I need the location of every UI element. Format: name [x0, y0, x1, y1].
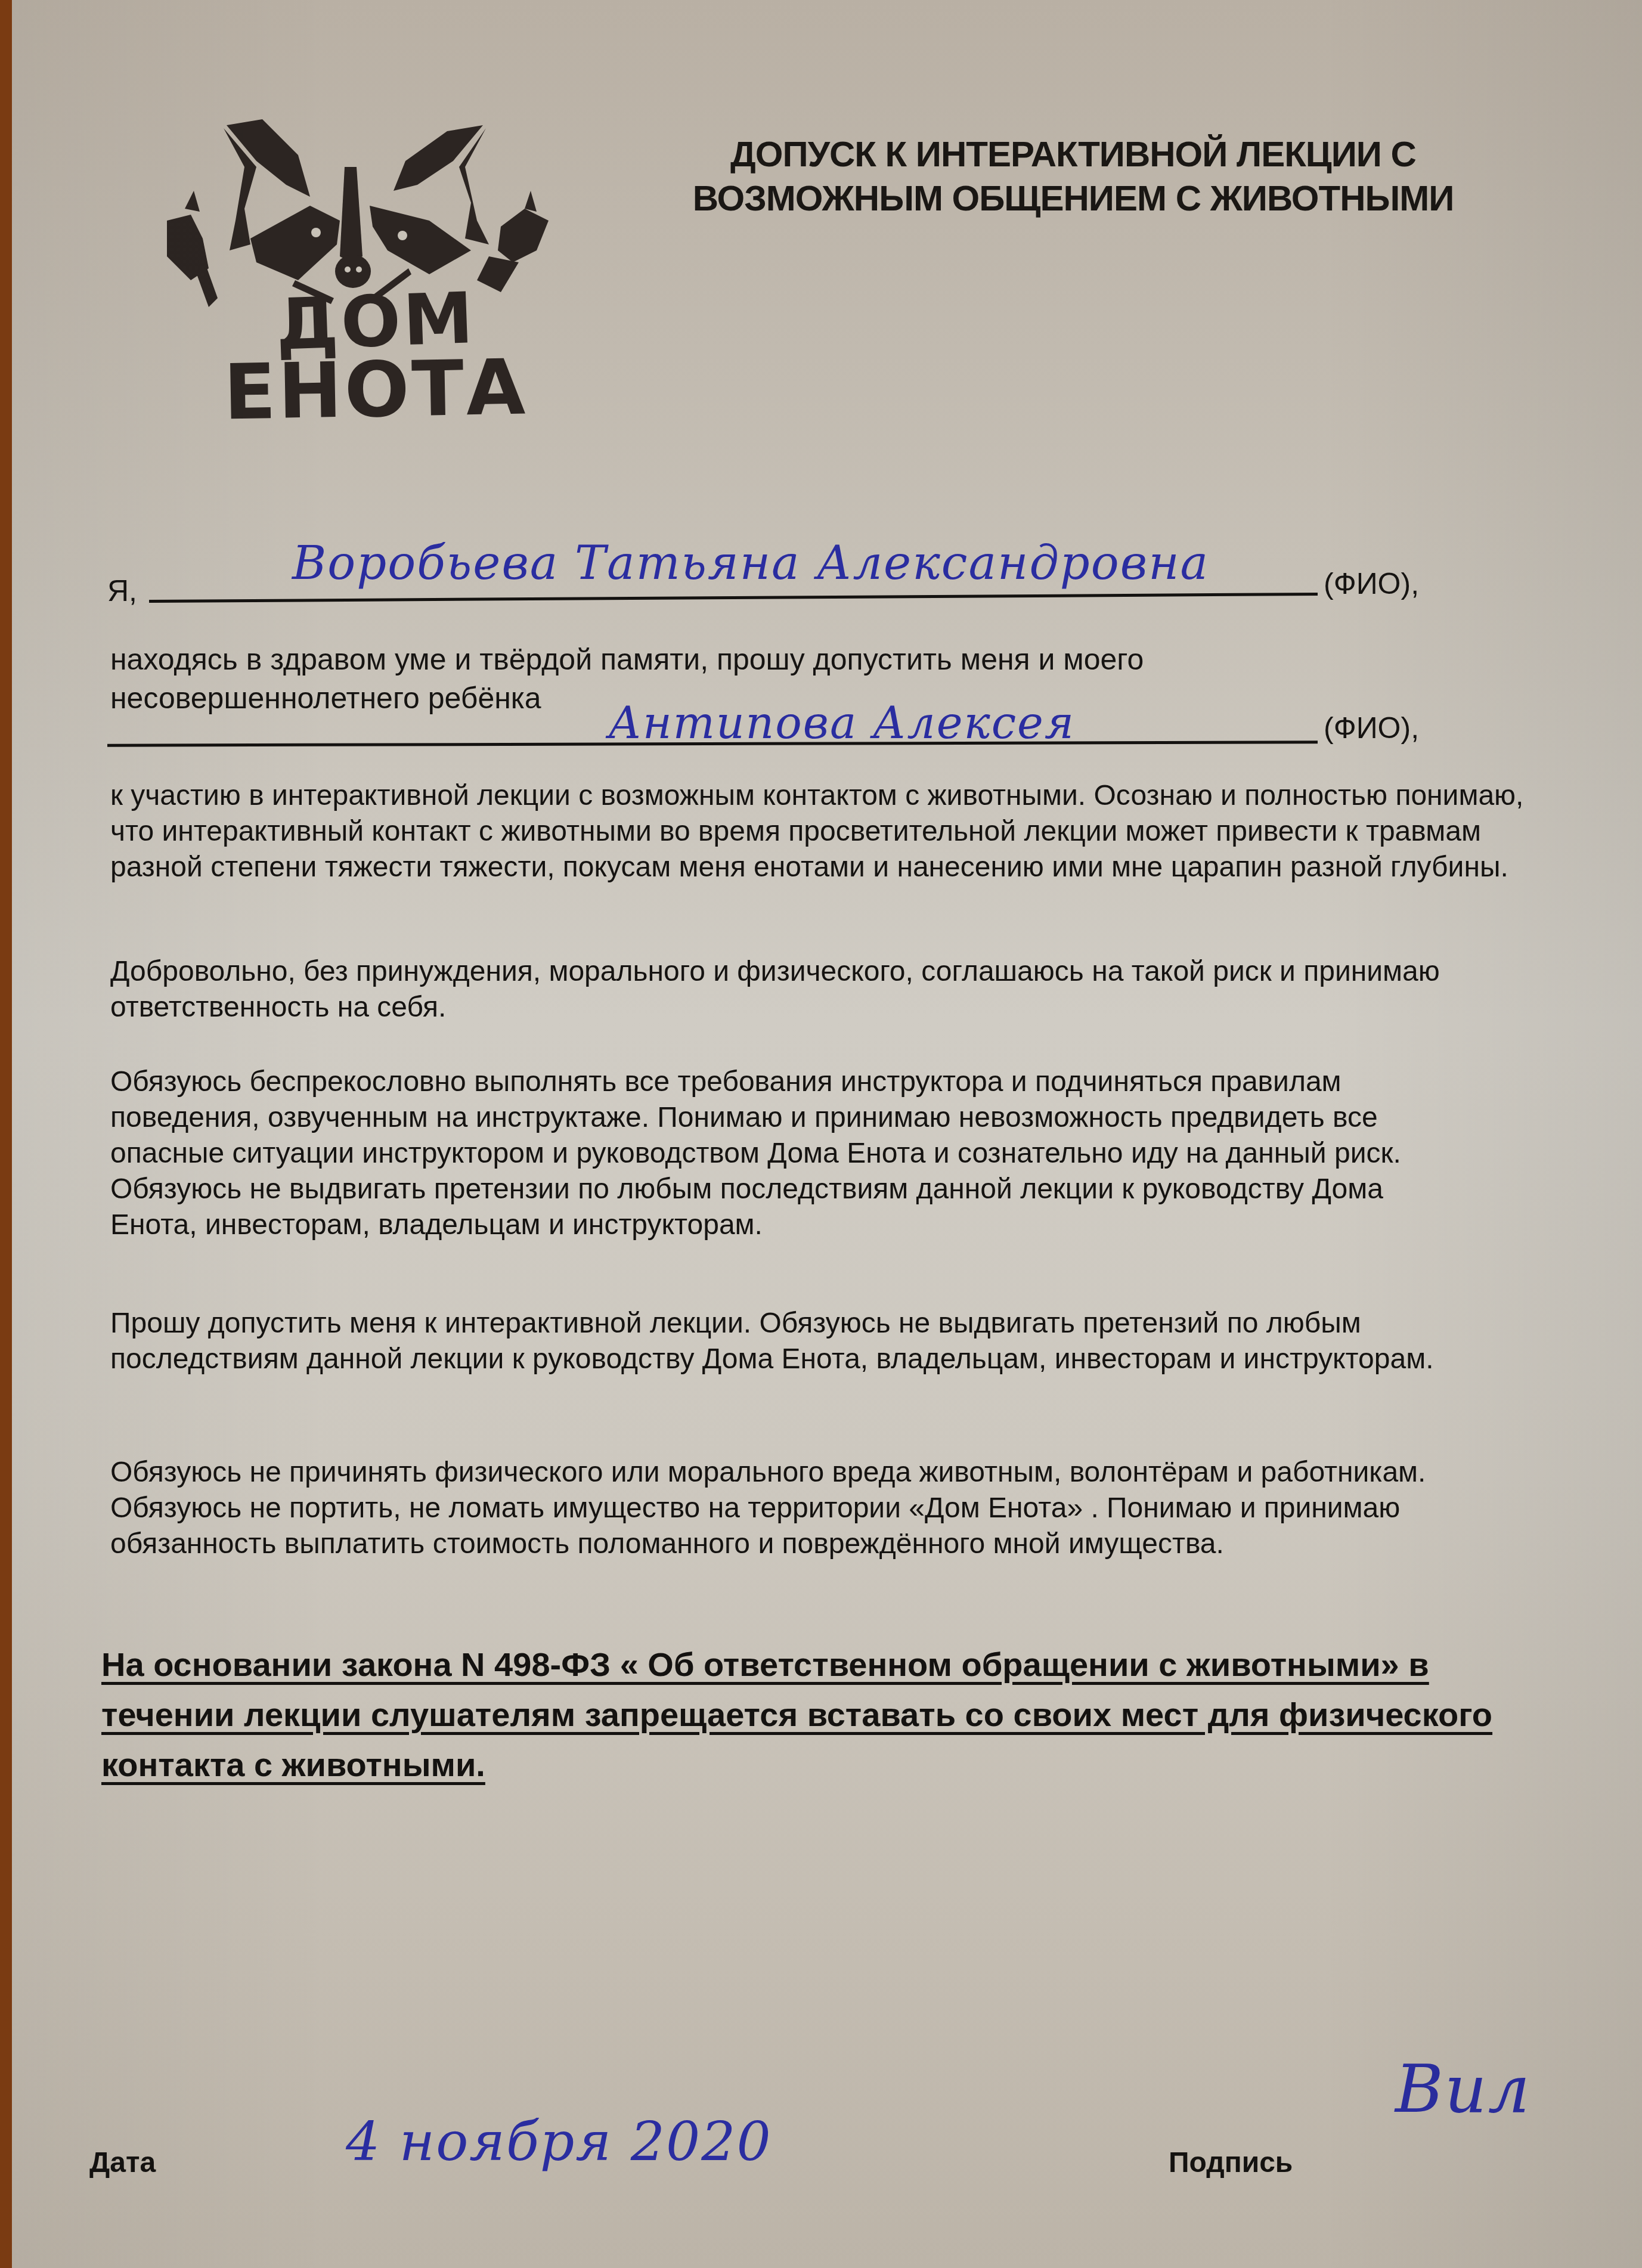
- paragraph-consent: к участию в интерактивной лекции с возмо…: [110, 778, 1541, 885]
- signature-label: Подпись: [1169, 2146, 1293, 2179]
- guardian-name-field[interactable]: Воробьева Татьяна Александровна: [292, 537, 1209, 590]
- title-line2: ВОЗМОЖНЫМ ОБЩЕНИЕМ С ЖИВОТНЫМИ: [650, 176, 1497, 221]
- intro-line1: находясь в здравом уме и твёрдой памяти,…: [110, 641, 1144, 678]
- date-field[interactable]: 4 ноября 2020: [346, 2111, 772, 2173]
- title-line1: ДОПУСК К ИНТЕРАКТИВНОЙ ЛЕКЦИИ С: [650, 132, 1497, 176]
- date-label: Дата: [89, 2146, 156, 2179]
- document-page: ДОМ ЕНОТА ДОПУСК К ИНТЕРАКТИВНОЙ ЛЕКЦИИ …: [12, 0, 1642, 2268]
- paragraph-property: Обязуюсь не причинять физического или мо…: [110, 1455, 1517, 1562]
- logo-text-line2: ЕНОТА: [166, 342, 585, 438]
- paragraph-admission: Прошу допустить меня к интерактивной лек…: [110, 1306, 1517, 1377]
- document-title: ДОПУСК К ИНТЕРАКТИВНОЙ ЛЕКЦИИ С ВОЗМОЖНЫ…: [650, 132, 1497, 221]
- signature-field[interactable]: Вил: [1395, 2051, 1531, 2127]
- paragraph-voluntary: Добровольно, без принуждения, морального…: [110, 954, 1541, 1025]
- paragraph-obligations: Обязуюсь беспрекословно выполнять все тр…: [110, 1064, 1458, 1243]
- child-name-field[interactable]: Антипова Алексея: [608, 698, 1075, 749]
- guardian-suffix: (ФИО),: [1324, 565, 1419, 602]
- guardian-underline: [149, 593, 1318, 603]
- intro-line2: несовершеннолетнего ребёнка: [110, 680, 541, 717]
- law-notice: На основании закона N 498-ФЗ « Об ответс…: [101, 1640, 1556, 1790]
- guardian-prefix: Я,: [107, 572, 137, 609]
- logo: ДОМ ЕНОТА: [167, 101, 584, 435]
- child-suffix: (ФИО),: [1324, 709, 1419, 746]
